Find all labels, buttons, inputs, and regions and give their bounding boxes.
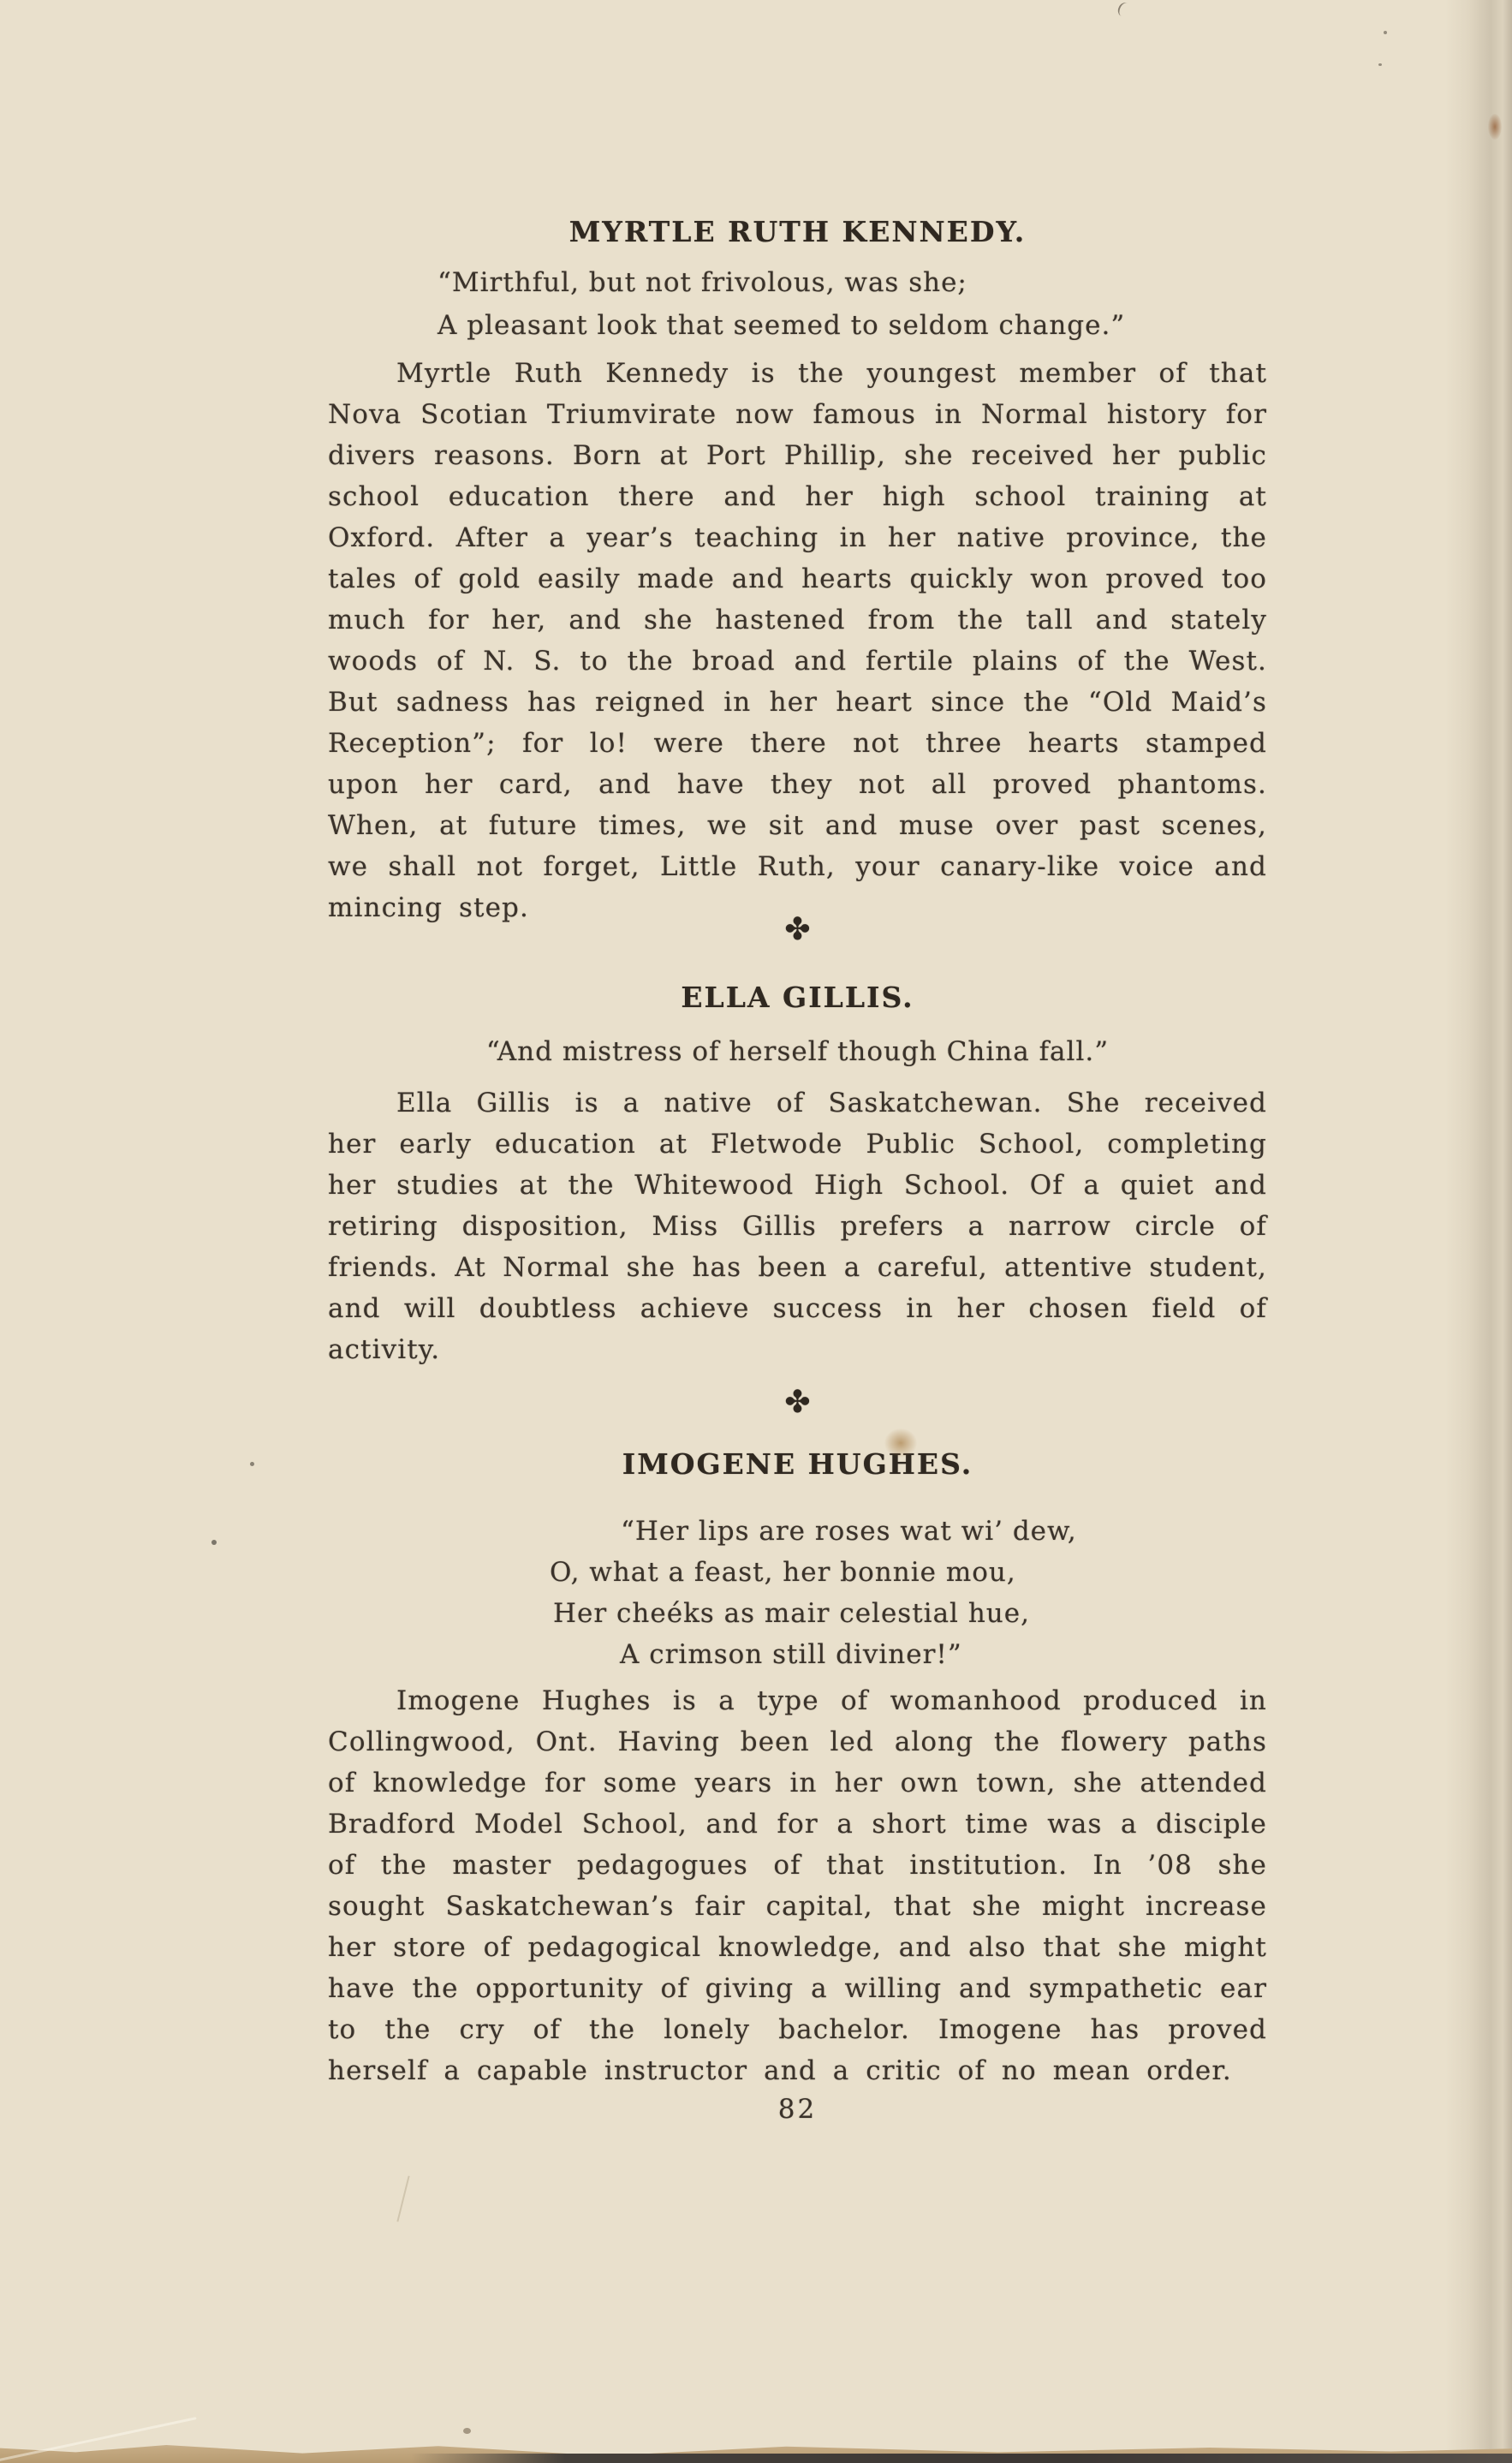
gillis-epigraph: “And mistress of herself though China fa… bbox=[328, 1031, 1267, 1072]
paper-speck bbox=[211, 1540, 217, 1545]
page-number: 82 bbox=[328, 2092, 1267, 2126]
poem-line: Her cheéks as mair celestial hue, bbox=[328, 1593, 1267, 1634]
kennedy-paragraph: Myrtle Ruth Kennedy is the youngest memb… bbox=[328, 353, 1267, 928]
gillis-paragraph: Ella Gillis is a native of Saskatchewan.… bbox=[328, 1082, 1267, 1370]
section-divider-ornament: ✤ bbox=[328, 913, 1267, 947]
text-column: MYRTLE RUTH KENNEDY. “Mirthful, but not … bbox=[328, 0, 1267, 2463]
hughes-epigraph-poem: “Her lips are roses wat wi’ dew, O, what… bbox=[328, 1511, 1267, 1675]
epigraph-line: A pleasant look that seemed to seldom ch… bbox=[328, 304, 1267, 347]
paper-stain bbox=[884, 1428, 917, 1458]
paper-speck bbox=[463, 2428, 471, 2434]
poem-line: “Her lips are roses wat wi’ dew, bbox=[328, 1511, 1267, 1552]
section-heading-myrtle-ruth-kennedy: MYRTLE RUTH KENNEDY. bbox=[328, 214, 1267, 250]
paper-speck bbox=[250, 1462, 254, 1466]
kennedy-epigraph: “Mirthful, but not frivolous, was she; A… bbox=[328, 261, 1267, 347]
paper-speck bbox=[1378, 63, 1382, 66]
book-page-scan: MYRTLE RUTH KENNEDY. “Mirthful, but not … bbox=[0, 0, 1512, 2463]
paper-speck bbox=[1384, 31, 1387, 34]
epigraph-line: “Mirthful, but not frivolous, was she; bbox=[328, 261, 1267, 304]
section-heading-ella-gillis: ELLA GILLIS. bbox=[328, 980, 1267, 1016]
poem-line: A crimson still diviner!” bbox=[328, 1634, 1267, 1675]
page-edge-shadow-right bbox=[1445, 0, 1512, 2463]
section-divider-ornament: ✤ bbox=[328, 1386, 1267, 1420]
hughes-paragraph: Imogene Hughes is a type of womanhood pr… bbox=[328, 1680, 1267, 2091]
poem-line: O, what a feast, her bonnie mou, bbox=[328, 1552, 1267, 1593]
section-heading-imogene-hughes: IMOGENE HUGHES. bbox=[328, 1446, 1267, 1482]
page-edge-bottom-shadow bbox=[411, 2454, 1512, 2463]
